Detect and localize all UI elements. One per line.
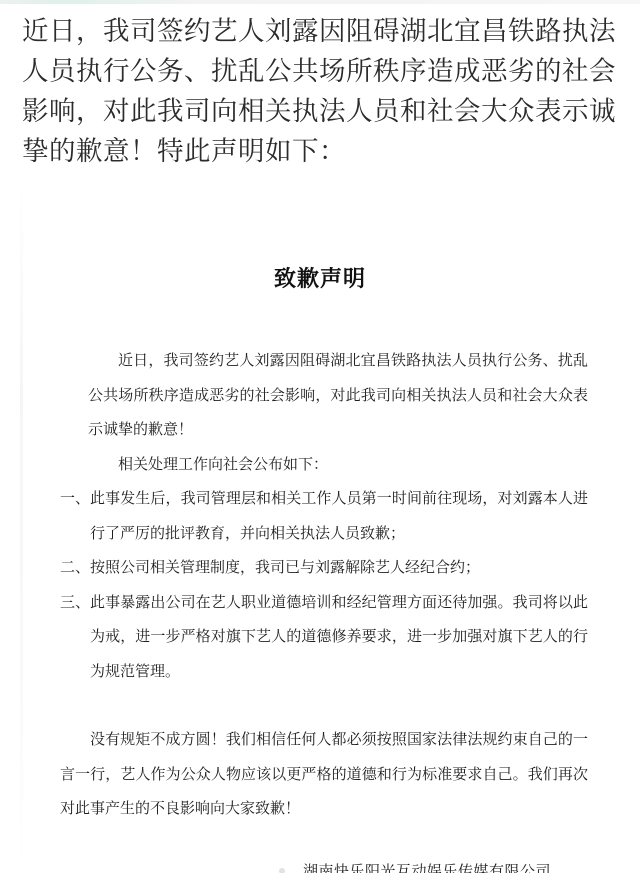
list-number: 二、 <box>60 550 90 585</box>
apology-document: 致歉声明 近日，我司签约艺人刘露因阻碍湖北宜昌铁路执法人员执行公务、扰乱公共场所… <box>0 180 640 873</box>
list-heading: 相关处理工作向社会公布如下： <box>88 447 588 482</box>
paragraph-spacer <box>88 688 588 722</box>
company-signature: 湖南快乐阳光互动娱乐传媒有限公司 <box>303 860 551 873</box>
document-title: 致歉声明 <box>0 262 640 293</box>
list-item-2: 二、 按照公司相关管理制度，我司已与刘露解除艺人经纪合约； <box>60 550 588 585</box>
list-item-1: 一、 此事发生后，我司管理层和相关工作人员第一时间前往现场，对刘露本人进行了严厉… <box>60 481 588 550</box>
document-body: 近日，我司签约艺人刘露因阻碍湖北宜昌铁路执法人员执行公务、扰乱公共场所秩序造成恶… <box>88 343 588 826</box>
signature-mark <box>279 868 285 873</box>
list-text: 此事发生后，我司管理层和相关工作人员第一时间前往现场，对刘露本人进行了严厉的批评… <box>90 481 588 550</box>
list-text: 按照公司相关管理制度，我司已与刘露解除艺人经纪合约； <box>90 550 588 585</box>
list-number: 三、 <box>60 585 90 689</box>
list-item-3: 三、 此事暴露出公司在艺人职业道德培训和经纪管理方面还待加强。我司将以此为戒，进… <box>60 585 588 689</box>
intro-paragraph: 近日，我司签约艺人刘露因阻碍湖北宜昌铁路执法人员执行公务、扰乱公共场所秩序造成恶… <box>88 343 588 447</box>
list-number: 一、 <box>60 481 90 550</box>
list-text: 此事暴露出公司在艺人职业道德培训和经纪管理方面还待加强。我司将以此为戒，进一步严… <box>90 585 588 689</box>
closing-paragraph: 没有规矩不成方圆！我们相信任何人都必须按照国家法律法规约束自己的一言一行，艺人作… <box>60 722 588 826</box>
top-edge-decoration <box>0 0 640 4</box>
post-caption: 近日，我司签约艺人刘露因阻碍湖北宜昌铁路执法人员执行公务、扰乱公共场所秩序造成恶… <box>22 12 627 172</box>
